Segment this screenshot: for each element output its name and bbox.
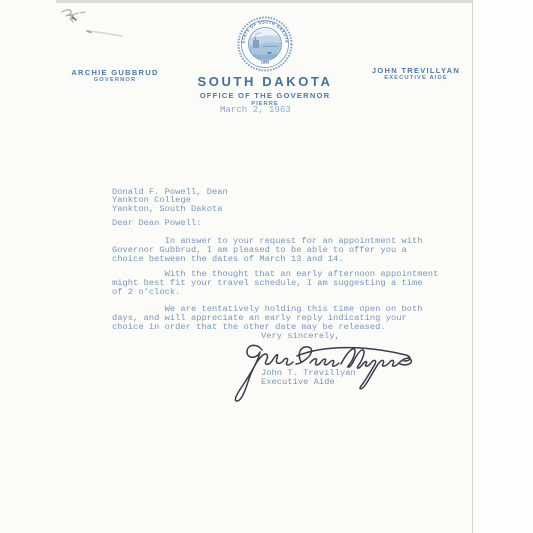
recipient-address: Donald F. Powell, Dean Yankton College Y… bbox=[112, 188, 228, 213]
letter-date: March 2, 1963 bbox=[220, 106, 291, 115]
paragraph-2: With the thought that an early afternoon… bbox=[112, 270, 438, 296]
seal-year: 1889 bbox=[261, 61, 269, 65]
scan-right-margin bbox=[473, 0, 533, 533]
south-dakota-seal: STATE OF SOUTH DAKOTA 1889 bbox=[236, 15, 294, 73]
pencil-scribble bbox=[58, 4, 133, 40]
scanned-letter-page: STATE OF SOUTH DAKOTA 1889 ARCHIE GUBBRU… bbox=[0, 0, 533, 533]
governor-name: ARCHIE GUBBRUD bbox=[60, 69, 170, 77]
state-name: SOUTH DAKOTA bbox=[175, 74, 355, 89]
signature bbox=[213, 336, 425, 404]
letterhead-center-block: SOUTH DAKOTA OFFICE OF THE GOVERNOR PIER… bbox=[175, 74, 355, 107]
paragraph-1: In answer to your request for an appoint… bbox=[112, 237, 423, 263]
aide-title: EXECUTIVE AIDE bbox=[361, 75, 471, 82]
letterhead-aide-block: JOHN TREVILLYAN EXECUTIVE AIDE bbox=[361, 67, 471, 82]
governor-title: GOVERNOR bbox=[60, 77, 170, 84]
paragraph-3: We are tentatively holding this time ope… bbox=[112, 305, 423, 331]
page-right-edge bbox=[472, 0, 473, 533]
scan-top-edge bbox=[56, 0, 533, 3]
letterhead-governor-block: ARCHIE GUBBRUD GOVERNOR bbox=[60, 69, 170, 84]
aide-name: JOHN TREVILLYAN bbox=[361, 67, 471, 75]
salutation: Dear Dean Powell: bbox=[112, 219, 201, 228]
office-line: OFFICE OF THE GOVERNOR bbox=[175, 91, 355, 100]
